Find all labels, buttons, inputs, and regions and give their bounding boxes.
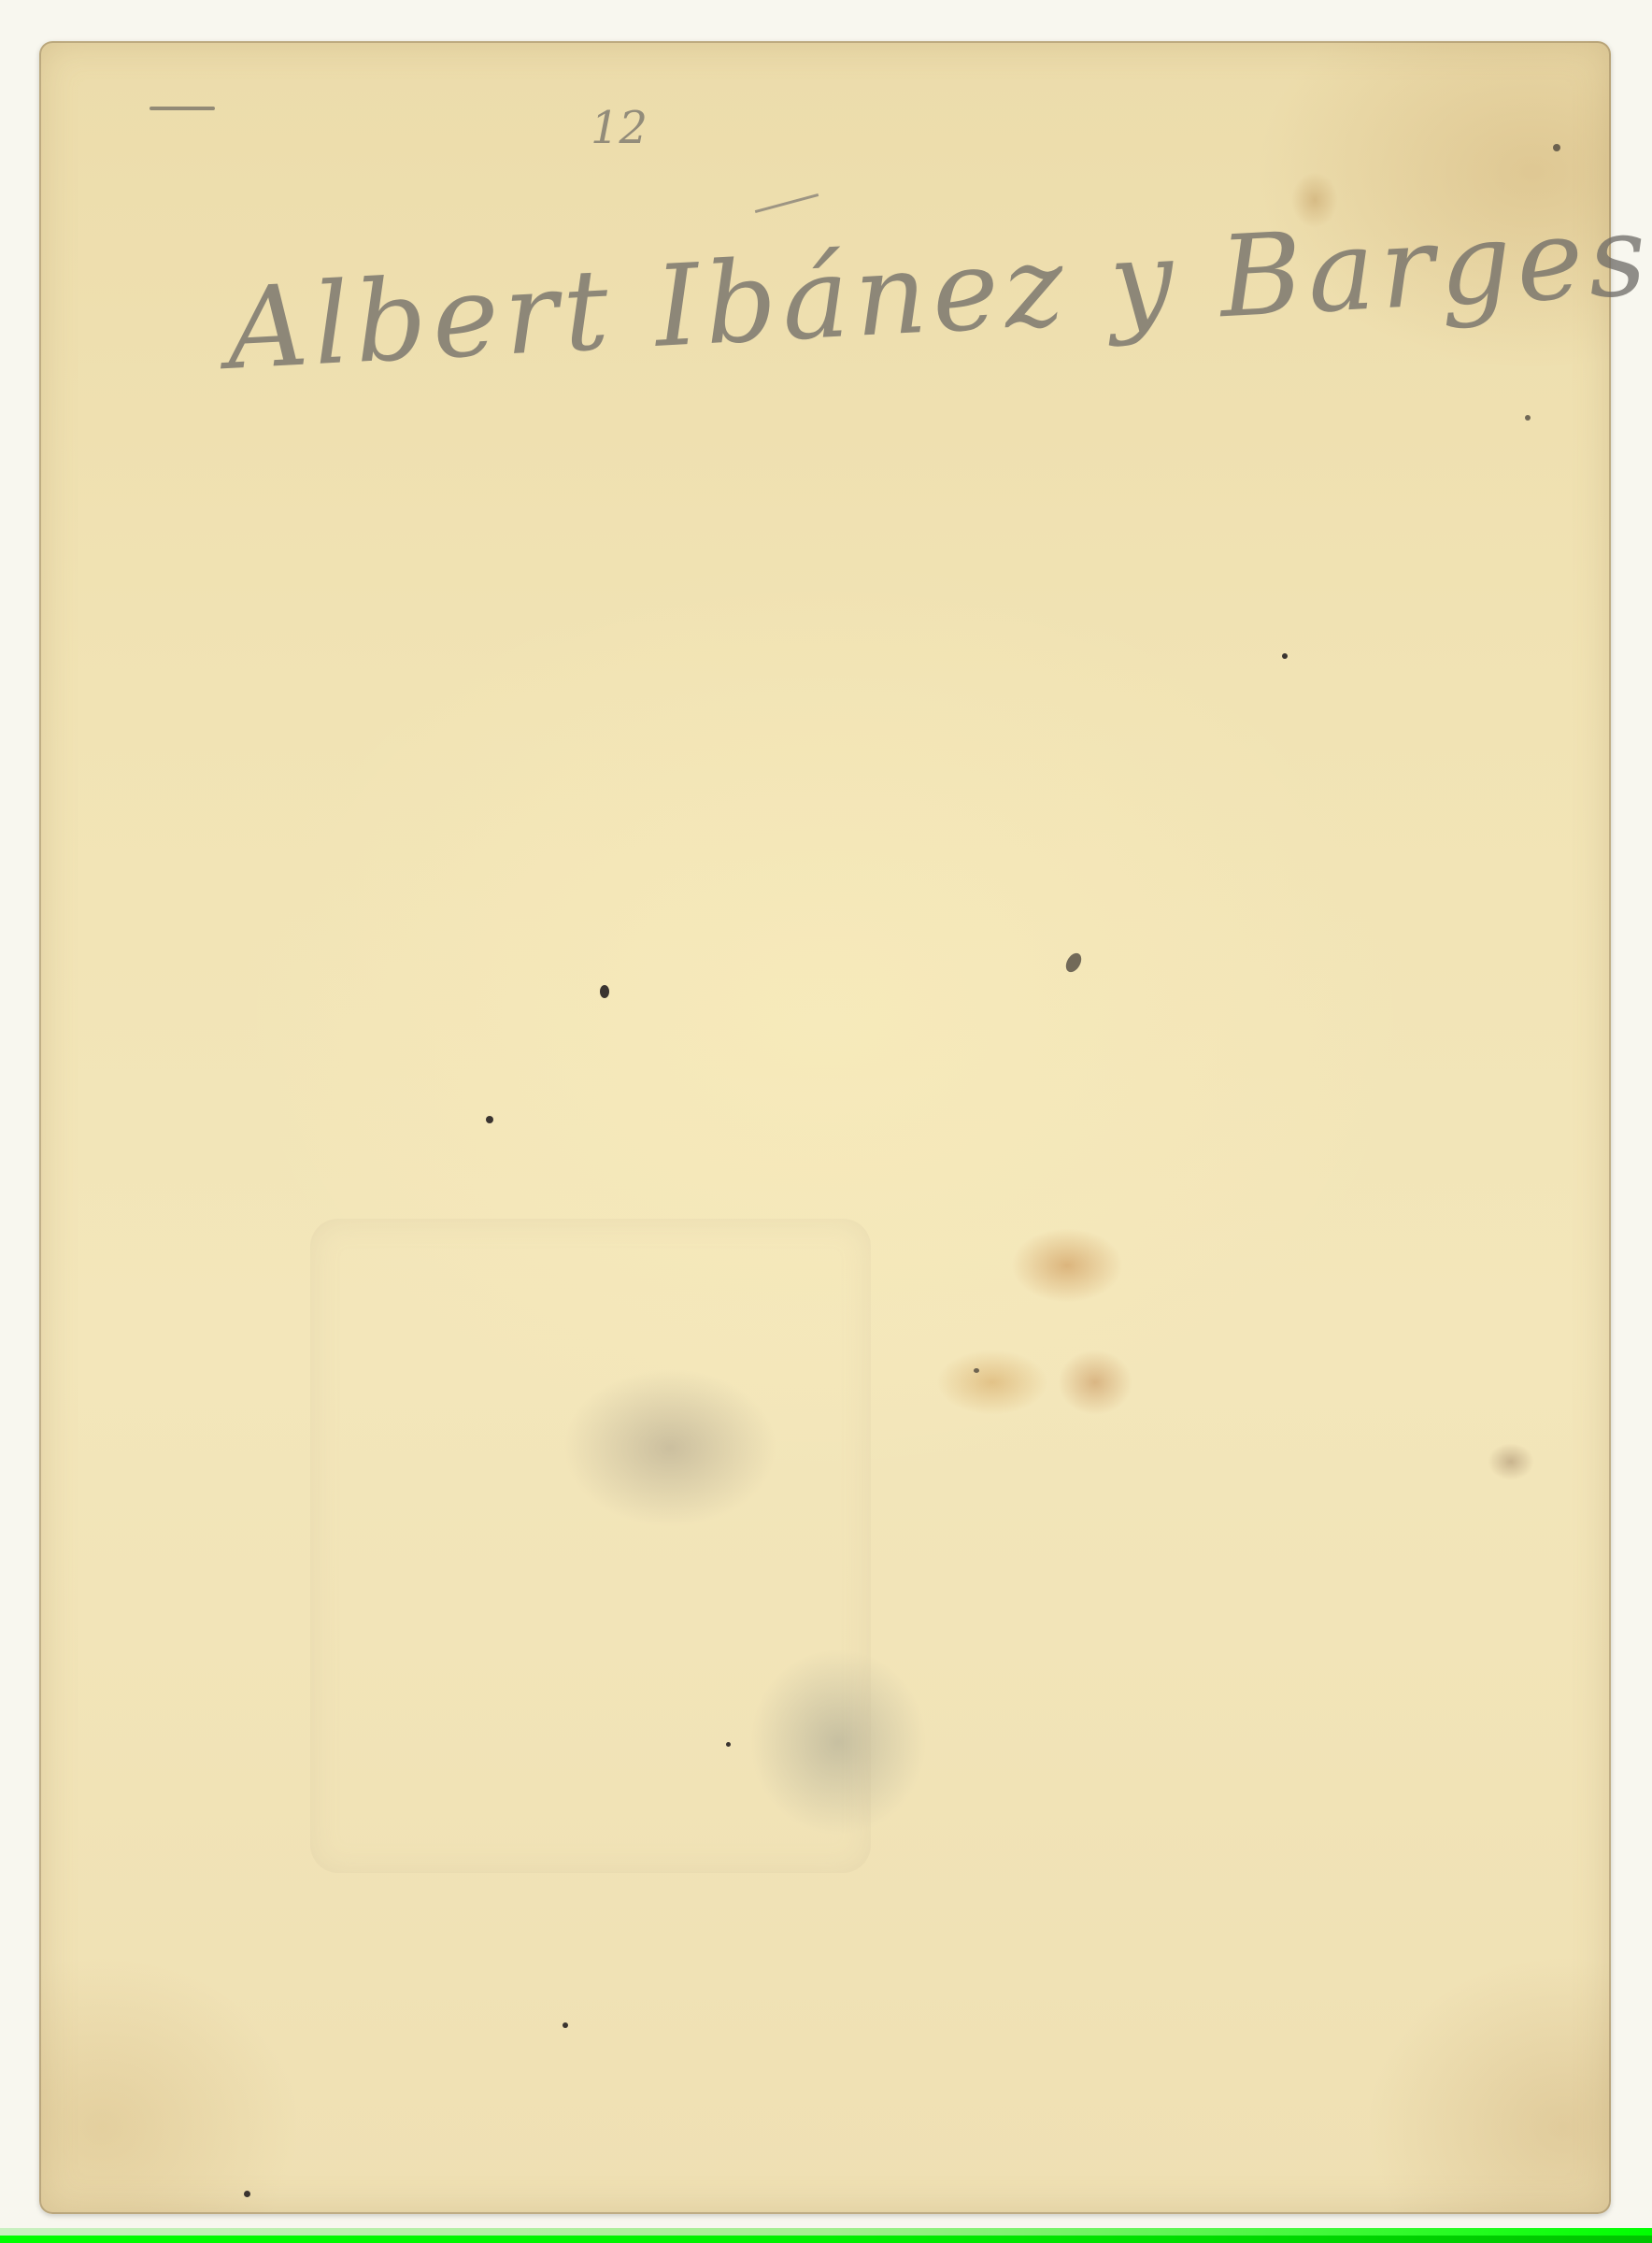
- pencil-signature: Albert Ibánez y Barges: [223, 191, 1652, 395]
- speck: [1062, 950, 1084, 975]
- speck: [1525, 415, 1531, 421]
- footer-strip-light: [0, 2228, 1652, 2236]
- speck: [726, 1742, 731, 1747]
- speck: [1553, 144, 1560, 151]
- photo-card-back: 12 Albert Ibánez y Barges: [39, 41, 1611, 2214]
- footer-strip: [0, 2236, 1652, 2243]
- stain-foxing: [1058, 1350, 1132, 1415]
- stain-foxing: [1488, 1443, 1534, 1480]
- pencil-dash-mark: [150, 107, 215, 110]
- stain-faint-rectangle: [310, 1219, 871, 1873]
- speck: [563, 2022, 568, 2028]
- stain-foxing: [936, 1350, 1048, 1415]
- speck: [1282, 653, 1288, 659]
- pencil-number-underline: [755, 193, 819, 213]
- speck: [244, 2191, 250, 2197]
- speck: [600, 985, 609, 998]
- stain-pencil-smudge: [563, 1368, 777, 1527]
- stain-pencil-smudge: [749, 1649, 927, 1836]
- speck: [974, 1368, 979, 1373]
- pencil-number-annotation: 12: [591, 102, 648, 154]
- speck: [486, 1116, 493, 1123]
- stain-foxing: [1011, 1228, 1123, 1303]
